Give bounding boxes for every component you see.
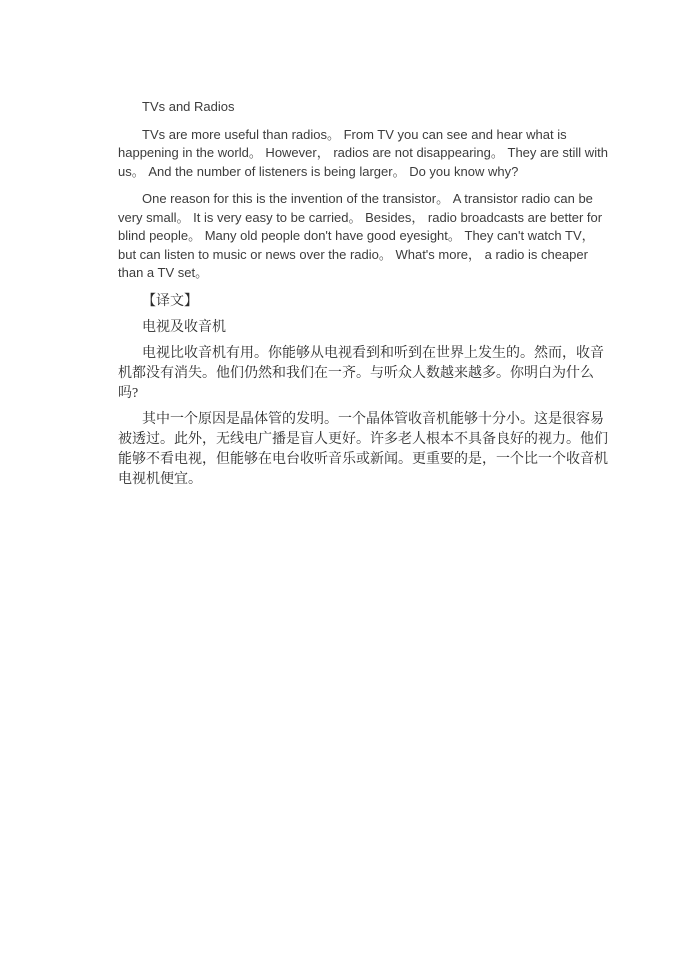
- document-body: TVs and Radios TVs are more useful than …: [118, 98, 612, 496]
- document-title: TVs and Radios: [118, 98, 612, 117]
- translation-title: 电视及收音机: [118, 318, 612, 338]
- page: { "page": { "background_color": "#ffffff…: [0, 0, 690, 976]
- english-paragraph-2: One reason for this is the invention of …: [118, 190, 612, 283]
- english-paragraph-1: TVs are more useful than radios。 From TV…: [118, 126, 612, 182]
- translation-section-label: 【译文】: [118, 292, 612, 312]
- chinese-paragraph-2: 其中一个原因是晶体管的发明。一个晶体管收音机能够十分小。这是很容易被透过。此外，…: [118, 410, 612, 490]
- chinese-paragraph-1: 电视比收音机有用。你能够从电视看到和听到在世界上发生的。然而，收音机都没有消失。…: [118, 344, 612, 404]
